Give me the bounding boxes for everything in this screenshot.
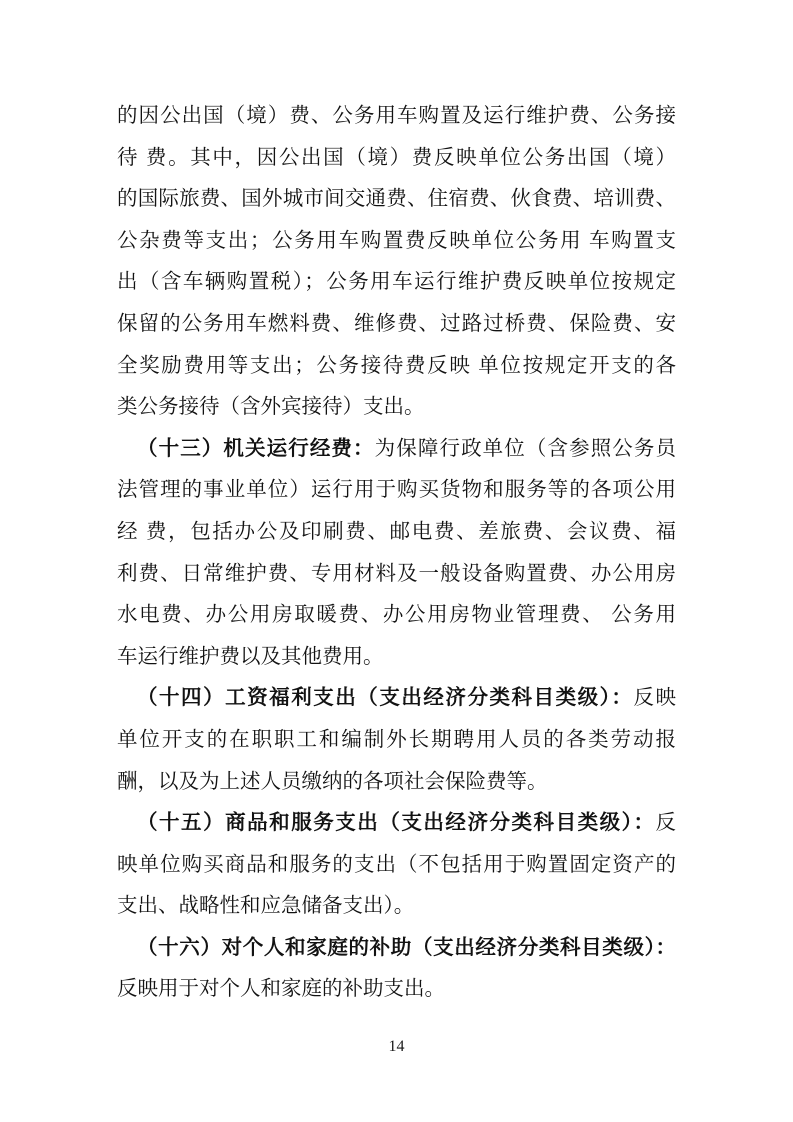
text-segment: 映单位购买商品和服务的支出（不包括用于购置固定资产的 — [117, 854, 676, 876]
bold-segment: （十五）商品和服务支出（支出经济分类科目类级）： — [137, 812, 656, 834]
section-14-heading-line: （十四）工资福利支出（支出经济分类科目类级）：反映 — [117, 678, 676, 720]
section-16-heading-line: （十六）对个人和家庭的补助（支出经济分类科目类级）： — [117, 928, 676, 970]
text-segment: 单位开支的在职职工和编制外长期聘用人员的各类劳动报 — [117, 729, 676, 751]
document-text-block: 的因公出国（境）费、公务用车购置及运行维护费、公务接 待 费。其中，因公出国（境… — [117, 96, 676, 1011]
text-segment: 为保障行政单位（含参照公务员 — [375, 438, 676, 460]
section-13-heading-line: （十三）机关运行经费：为保障行政单位（含参照公务员 — [117, 429, 676, 471]
text-segment: 反 — [656, 812, 677, 834]
text-segment: 酬，以及为上述人员缴纳的各项社会保险费等。 — [117, 771, 548, 793]
bold-segment: （十六）对个人和家庭的补助（支出经济分类科目类级）： — [137, 937, 676, 959]
text-line: 反映用于对个人和家庭的补助支出。 — [117, 969, 676, 1011]
text-line: 公杂费等支出；公务用车购置费反映单位公务用 车购置支 — [117, 221, 676, 263]
text-segment: 支出、战略性和应急储备支出）。 — [117, 895, 414, 917]
text-line: 全奖励费用等支出；公务接待费反映 单位按规定开支的各 — [117, 346, 676, 388]
text-segment: 反映 — [633, 687, 676, 709]
text-line: 类公务接待（含外宾接待）支出。 — [117, 387, 676, 429]
text-line: 保留的公务用车燃料费、维修费、过路过桥费、保险费、安 — [117, 304, 676, 346]
text-segment: 利费、日常维护费、专用材料及一般设备购置费、办公用房 — [117, 563, 676, 585]
text-line: 的因公出国（境）费、公务用车购置及运行维护费、公务接 — [117, 96, 676, 138]
section-15-heading-line: （十五）商品和服务支出（支出经济分类科目类级）：反 — [117, 803, 676, 845]
text-segment: 的国际旅费、国外城市间交通费、住宿费、伙食费、培训费、 — [117, 188, 676, 210]
text-line: 水电费、办公用房取暖费、办公用房物业管理费、 公务用 — [117, 595, 676, 637]
text-segment: 经 费，包括办公及印刷费、邮电费、差旅费、会议费、福 — [117, 521, 676, 543]
text-line: 酬，以及为上述人员缴纳的各项社会保险费等。 — [117, 762, 676, 804]
text-segment: 法管理的事业单位）运行用于购买货物和服务等的各项公用 — [117, 479, 676, 501]
text-line: 车运行维护费以及其他费用。 — [117, 637, 676, 679]
text-line: 经 费，包括办公及印刷费、邮电费、差旅费、会议费、福 — [117, 512, 676, 554]
text-segment: 保留的公务用车燃料费、维修费、过路过桥费、保险费、安 — [117, 313, 676, 335]
text-line: 的国际旅费、国外城市间交通费、住宿费、伙食费、培训费、 — [117, 179, 676, 221]
text-line: 利费、日常维护费、专用材料及一般设备购置费、办公用房 — [117, 554, 676, 596]
text-segment: 全奖励费用等支出；公务接待费反映 单位按规定开支的各 — [117, 355, 676, 377]
page-number: 14 — [0, 1036, 793, 1058]
document-page: 的因公出国（境）费、公务用车购置及运行维护费、公务接 待 费。其中，因公出国（境… — [0, 0, 793, 1122]
bold-segment: （十三）机关运行经费： — [137, 438, 375, 460]
text-line: 单位开支的在职职工和编制外长期聘用人员的各类劳动报 — [117, 720, 676, 762]
text-segment: 类公务接待（含外宾接待）支出。 — [117, 396, 425, 418]
text-line: 支出、战略性和应急储备支出）。 — [117, 886, 676, 928]
text-segment: 的因公出国（境）费、公务用车购置及运行维护费、公务接 — [117, 105, 676, 127]
text-segment: 待 费。其中，因公出国（境）费反映单位公务出国（境） — [117, 147, 676, 169]
text-segment: 水电费、办公用房取暖费、办公用房物业管理费、 公务用 — [117, 604, 676, 626]
text-segment: 公杂费等支出；公务用车购置费反映单位公务用 车购置支 — [117, 230, 676, 252]
bold-segment: （十四）工资福利支出（支出经济分类科目类级）： — [137, 687, 633, 709]
text-line: 出（含车辆购置税）；公务用车运行维护费反映单位按规定 — [117, 262, 676, 304]
text-segment: 出（含车辆购置税）；公务用车运行维护费反映单位按规定 — [117, 271, 676, 293]
text-line: 映单位购买商品和服务的支出（不包括用于购置固定资产的 — [117, 845, 676, 887]
text-segment: 车运行维护费以及其他费用。 — [117, 646, 384, 668]
text-segment: 反映用于对个人和家庭的补助支出。 — [117, 978, 445, 1000]
text-line: 待 费。其中，因公出国（境）费反映单位公务出国（境） — [117, 138, 676, 180]
text-line: 法管理的事业单位）运行用于购买货物和服务等的各项公用 — [117, 470, 676, 512]
